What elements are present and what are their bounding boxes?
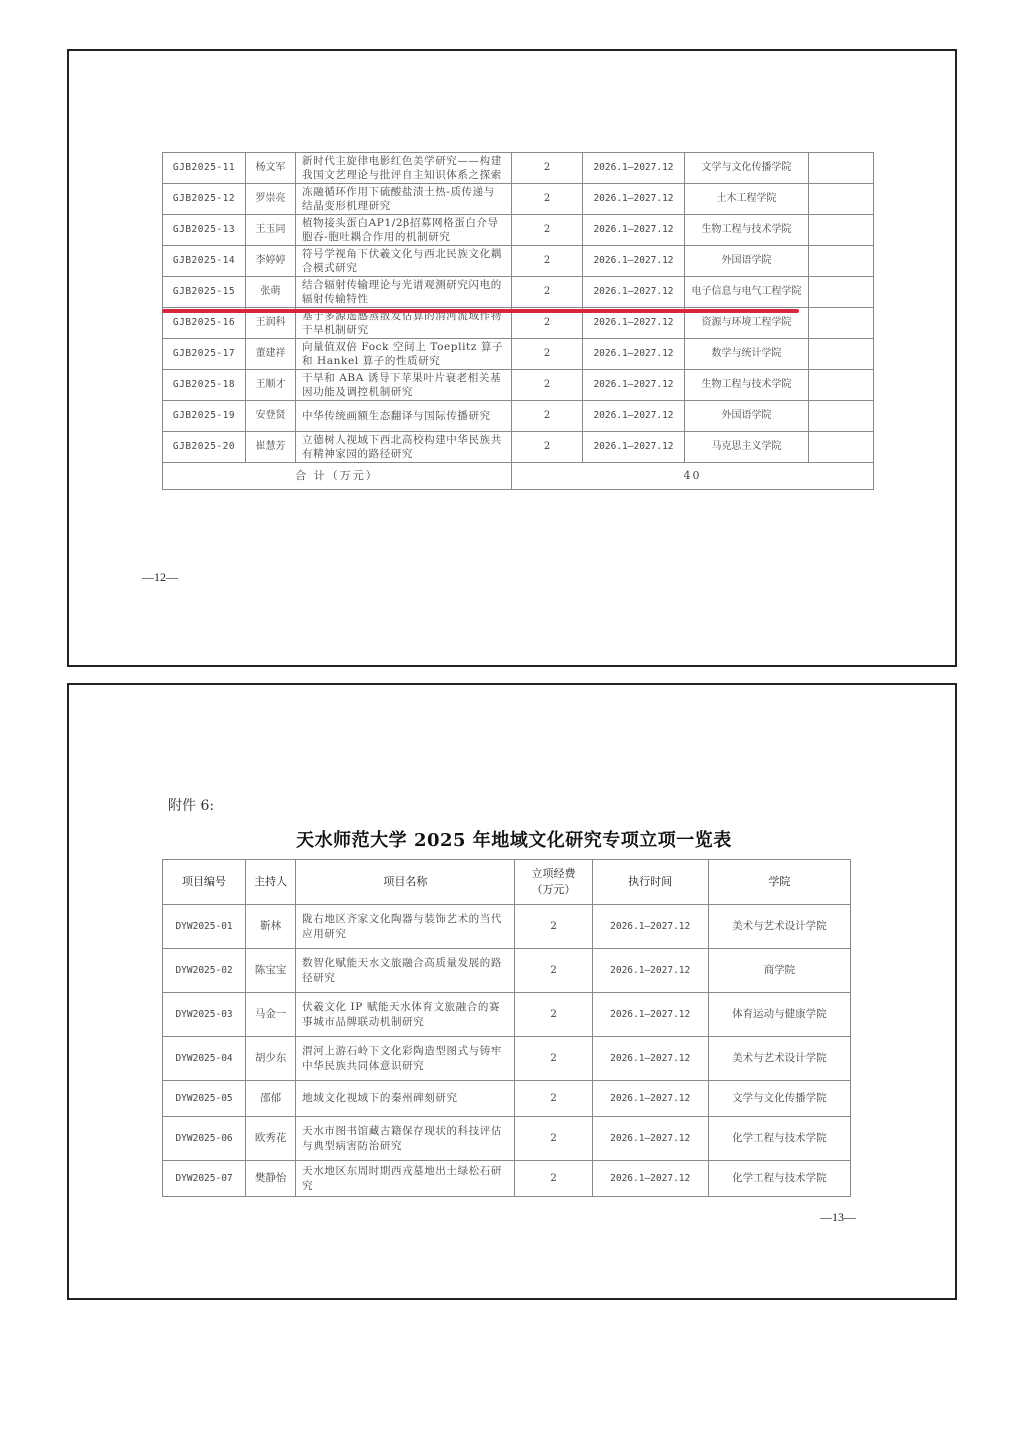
project-id: GJB2025-13	[163, 215, 246, 246]
principal-investigator: 董建祥	[246, 339, 296, 370]
project-name: 伏羲文化 IP 赋能天水体育文旅融合的赛事城市品牌联动机制研究	[296, 993, 515, 1037]
project-period: 2026.1—2027.12	[592, 949, 708, 993]
project-id: GJB2025-11	[163, 153, 246, 184]
empty-cell	[809, 432, 874, 463]
project-fund: 2	[515, 1161, 592, 1197]
project-college: 美术与艺术设计学院	[708, 905, 850, 949]
project-college: 生物工程与技术学院	[685, 370, 809, 401]
principal-investigator: 崔慧芳	[246, 432, 296, 463]
project-fund: 2	[512, 246, 583, 277]
project-period: 2026.1—2027.12	[592, 1161, 708, 1197]
document-page-13: 附件 6: 天水师范大学 2025 年地域文化研究专项立项一览表 项目编号 主持…	[67, 683, 957, 1300]
principal-investigator: 马金一	[246, 993, 296, 1037]
total-value: 40	[512, 463, 874, 490]
table-row: GJB2025-19 安登贤 中华传统画额生态翻译与国际传播研究 2 2026.…	[163, 401, 874, 432]
table-row: DYW2025-06 欧秀花 天水市图书馆藏古籍保存现状的科技评估与典型病害防治…	[163, 1117, 851, 1161]
empty-cell	[809, 246, 874, 277]
project-id: DYW2025-07	[163, 1161, 246, 1197]
principal-investigator: 张萌	[246, 277, 296, 308]
project-id: DYW2025-01	[163, 905, 246, 949]
project-id: GJB2025-19	[163, 401, 246, 432]
project-college: 体育运动与健康学院	[708, 993, 850, 1037]
project-period: 2026.1—2027.12	[583, 246, 685, 277]
table-row: GJB2025-18 王顺才 干旱和 ABA 诱导下苹果叶片衰老相关基因功能及调…	[163, 370, 874, 401]
project-period: 2026.1—2027.12	[583, 432, 685, 463]
table-row: GJB2025-13 王玉同 植物接头蛋白AP1/2β招募网格蛋白介导胞吞-胞吐…	[163, 215, 874, 246]
project-college: 外国语学院	[685, 246, 809, 277]
project-period: 2026.1—2027.12	[592, 905, 708, 949]
table-row: DYW2025-03 马金一 伏羲文化 IP 赋能天水体育文旅融合的赛事城市品牌…	[163, 993, 851, 1037]
project-name: 冻融循环作用下硫酸盐渍土热-质传递与结晶变形机理研究	[296, 184, 512, 215]
principal-investigator: 樊静怡	[246, 1161, 296, 1197]
project-period: 2026.1—2027.12	[583, 277, 685, 308]
project-college: 生物工程与技术学院	[685, 215, 809, 246]
project-id: GJB2025-20	[163, 432, 246, 463]
header-period: 执行时间	[592, 860, 708, 905]
project-name: 向量值双倍 Fock 空间上 Toeplitz 算子和 Hankel 算子的性质…	[296, 339, 512, 370]
principal-investigator: 王玉同	[246, 215, 296, 246]
project-fund: 2	[512, 277, 583, 308]
principal-investigator: 杨文军	[246, 153, 296, 184]
table-row: GJB2025-14 李婷婷 符号学视角下伏羲文化与西北民族文化耦合模式研究 2…	[163, 246, 874, 277]
table-row: DYW2025-01 靳林 陇右地区齐家文化陶器与装饰艺术的当代应用研究 2 2…	[163, 905, 851, 949]
project-fund: 2	[515, 949, 592, 993]
table-row: DYW2025-04 胡少东 渭河上游石岭下文化彩陶造型图式与铸牢中华民族共同体…	[163, 1037, 851, 1081]
document-page-12: GJB2025-11 杨文军 新时代主旋律电影红色美学研究——构建我国文艺理论与…	[67, 49, 957, 667]
empty-cell	[809, 370, 874, 401]
project-fund: 2	[515, 1117, 592, 1161]
project-name: 天水市图书馆藏古籍保存现状的科技评估与典型病害防治研究	[296, 1117, 515, 1161]
project-id: DYW2025-03	[163, 993, 246, 1037]
project-name: 渭河上游石岭下文化彩陶造型图式与铸牢中华民族共同体意识研究	[296, 1037, 515, 1081]
project-name: 中华传统画额生态翻译与国际传播研究	[296, 401, 512, 432]
project-college: 文学与文化传播学院	[708, 1081, 850, 1117]
project-period: 2026.1—2027.12	[583, 215, 685, 246]
project-fund: 2	[515, 1081, 592, 1117]
empty-cell	[809, 184, 874, 215]
project-id: DYW2025-04	[163, 1037, 246, 1081]
project-period: 2026.1—2027.12	[583, 370, 685, 401]
project-fund: 2	[512, 215, 583, 246]
project-table-gjb: GJB2025-11 杨文军 新时代主旋律电影红色美学研究——构建我国文艺理论与…	[162, 152, 874, 490]
table-total-row: 合 计（万元） 40	[163, 463, 874, 490]
table-row: GJB2025-12 罗崇亮 冻融循环作用下硫酸盐渍土热-质传递与结晶变形机理研…	[163, 184, 874, 215]
header-project-name: 项目名称	[296, 860, 515, 905]
empty-cell	[809, 153, 874, 184]
project-name: 陇右地区齐家文化陶器与装饰艺术的当代应用研究	[296, 905, 515, 949]
project-name: 立德树人视域下西北高校构建中华民族共有精神家园的路径研究	[296, 432, 512, 463]
page-number: —12—	[142, 570, 178, 585]
project-period: 2026.1—2027.12	[592, 993, 708, 1037]
project-college: 文学与文化传播学院	[685, 153, 809, 184]
table-row: DYW2025-07 樊静怡 天水地区东周时期西戎墓地出土绿松石研究 2 202…	[163, 1161, 851, 1197]
project-period: 2026.1—2027.12	[583, 339, 685, 370]
table-row: GJB2025-11 杨文军 新时代主旋律电影红色美学研究——构建我国文艺理论与…	[163, 153, 874, 184]
table-row-highlighted: GJB2025-15 张萌 结合辐射传输理论与光谱观测研究闪电的辐射传输特性 2…	[163, 277, 874, 308]
project-period: 2026.1—2027.12	[592, 1081, 708, 1117]
page-number: —13—	[820, 1210, 856, 1225]
principal-investigator: 靳林	[246, 905, 296, 949]
project-college: 美术与艺术设计学院	[708, 1037, 850, 1081]
header-fund-line2: （万元）	[521, 882, 585, 898]
project-id: GJB2025-17	[163, 339, 246, 370]
header-principal-investigator: 主持人	[246, 860, 296, 905]
project-college: 电子信息与电气工程学院	[685, 277, 809, 308]
principal-investigator: 陈宝宝	[246, 949, 296, 993]
project-fund: 2	[512, 401, 583, 432]
table-header-row: 项目编号 主持人 项目名称 立项经费 （万元） 执行时间 学院	[163, 860, 851, 905]
project-name: 干旱和 ABA 诱导下苹果叶片衰老相关基因功能及调控机制研究	[296, 370, 512, 401]
table-row: DYW2025-05 邵郁 地域文化视域下的秦州碑刻研究 2 2026.1—20…	[163, 1081, 851, 1117]
project-college: 化学工程与技术学院	[708, 1117, 850, 1161]
table-row: GJB2025-20 崔慧芳 立德树人视域下西北高校构建中华民族共有精神家园的路…	[163, 432, 874, 463]
project-id: GJB2025-14	[163, 246, 246, 277]
project-fund: 2	[515, 993, 592, 1037]
project-fund: 2	[512, 370, 583, 401]
project-id: DYW2025-06	[163, 1117, 246, 1161]
principal-investigator: 安登贤	[246, 401, 296, 432]
project-id: DYW2025-05	[163, 1081, 246, 1117]
empty-cell	[809, 308, 874, 339]
project-name: 结合辐射传输理论与光谱观测研究闪电的辐射传输特性	[296, 277, 512, 308]
red-highlight-underline	[162, 309, 799, 313]
project-name: 数智化赋能天水文旅融合高质量发展的路径研究	[296, 949, 515, 993]
project-fund: 2	[512, 153, 583, 184]
project-college: 商学院	[708, 949, 850, 993]
project-college: 马克思主义学院	[685, 432, 809, 463]
principal-investigator: 胡少东	[246, 1037, 296, 1081]
project-period: 2026.1—2027.12	[583, 153, 685, 184]
empty-cell	[809, 277, 874, 308]
project-id: GJB2025-12	[163, 184, 246, 215]
project-name: 天水地区东周时期西戎墓地出土绿松石研究	[296, 1161, 515, 1197]
project-fund: 2	[515, 1037, 592, 1081]
table-row: DYW2025-02 陈宝宝 数智化赋能天水文旅融合高质量发展的路径研究 2 2…	[163, 949, 851, 993]
project-fund: 2	[512, 184, 583, 215]
project-name: 符号学视角下伏羲文化与西北民族文化耦合模式研究	[296, 246, 512, 277]
project-period: 2026.1—2027.12	[592, 1117, 708, 1161]
project-name: 地域文化视域下的秦州碑刻研究	[296, 1081, 515, 1117]
principal-investigator: 李婷婷	[246, 246, 296, 277]
project-college: 化学工程与技术学院	[708, 1161, 850, 1197]
header-college: 学院	[708, 860, 850, 905]
project-name: 植物接头蛋白AP1/2β招募网格蛋白介导胞吞-胞吐耦合作用的机制研究	[296, 215, 512, 246]
empty-cell	[809, 339, 874, 370]
project-id: GJB2025-18	[163, 370, 246, 401]
header-fund-line1: 立项经费	[521, 866, 585, 882]
project-table-dyw: 项目编号 主持人 项目名称 立项经费 （万元） 执行时间 学院 DYW2025-…	[162, 859, 851, 1197]
project-college: 数学与统计学院	[685, 339, 809, 370]
project-college: 外国语学院	[685, 401, 809, 432]
header-project-id: 项目编号	[163, 860, 246, 905]
principal-investigator: 王顺才	[246, 370, 296, 401]
empty-cell	[809, 215, 874, 246]
project-fund: 2	[512, 432, 583, 463]
project-period: 2026.1—2027.12	[583, 184, 685, 215]
project-college: 土木工程学院	[685, 184, 809, 215]
principal-investigator: 罗崇亮	[246, 184, 296, 215]
project-period: 2026.1—2027.12	[583, 401, 685, 432]
attachment-label: 附件 6:	[168, 795, 214, 815]
project-id: DYW2025-02	[163, 949, 246, 993]
project-period: 2026.1—2027.12	[592, 1037, 708, 1081]
principal-investigator: 欧秀花	[246, 1117, 296, 1161]
project-fund: 2	[512, 339, 583, 370]
total-label: 合 计（万元）	[163, 463, 512, 490]
project-id: GJB2025-15	[163, 277, 246, 308]
empty-cell	[809, 401, 874, 432]
header-fund: 立项经费 （万元）	[515, 860, 592, 905]
principal-investigator: 邵郁	[246, 1081, 296, 1117]
project-fund: 2	[515, 905, 592, 949]
project-name: 新时代主旋律电影红色美学研究——构建我国文艺理论与批评自主知识体系之探索	[296, 153, 512, 184]
page-title: 天水师范大学 2025 年地域文化研究专项立项一览表	[69, 826, 959, 852]
table-row: GJB2025-17 董建祥 向量值双倍 Fock 空间上 Toeplitz 算…	[163, 339, 874, 370]
